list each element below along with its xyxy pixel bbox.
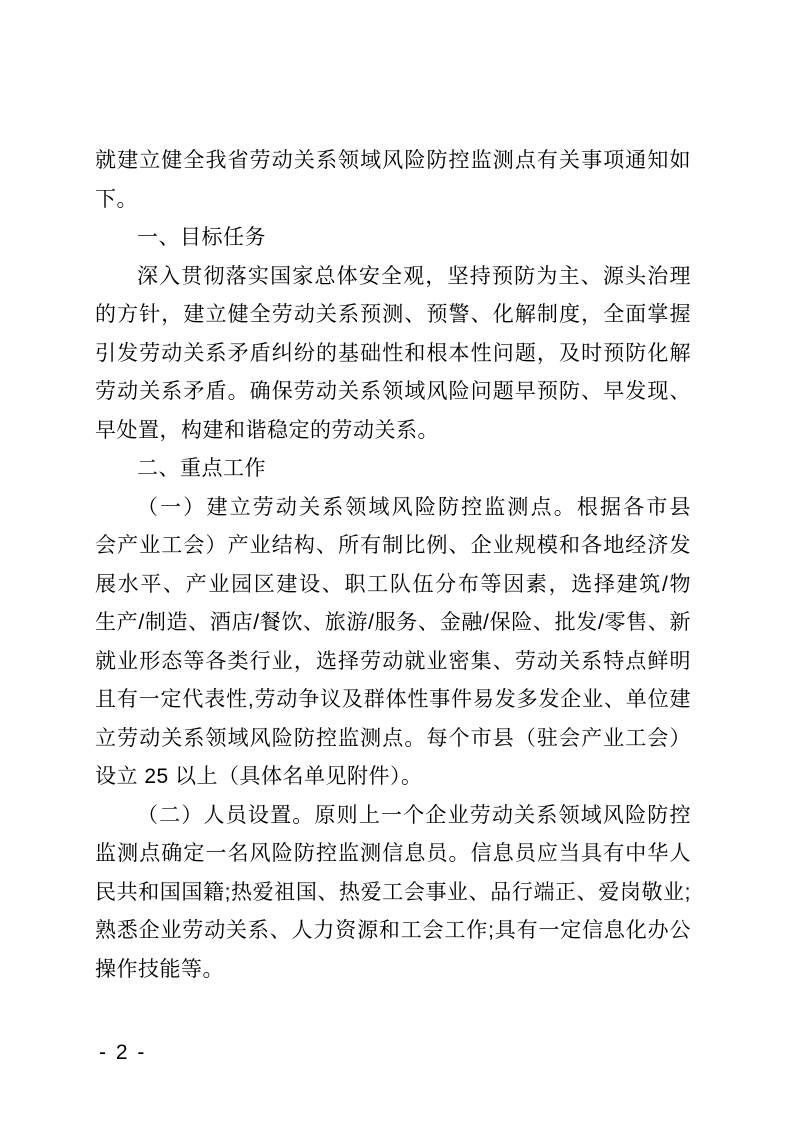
text-line: 熟悉企业劳动关系、人力资源和工会工作;具有一定信息化办公 bbox=[95, 912, 691, 951]
text-line: 且有一定代表性,劳动争议及群体性事件易发多发企业、单位建 bbox=[95, 681, 691, 720]
text-line: 的方针，建立健全劳动关系预测、预警、化解制度，全面掌握 bbox=[95, 296, 691, 335]
text-line: 监测点确定一名风险防控监测信息员。信息员应当具有中华人 bbox=[95, 835, 691, 874]
text-line: 劳动关系矛盾。确保劳动关系领域风险问题早预防、早发现、 bbox=[95, 373, 691, 412]
section-heading-line: 二、重点工作 bbox=[95, 450, 691, 489]
document-page: 就建立健全我省劳动关系领域风险防控监测点有关事项通知如下。一、目标任务深入贯彻落… bbox=[0, 0, 790, 1122]
text-line: 会产业工会）产业结构、所有制比例、企业规模和各地经济发 bbox=[95, 527, 691, 566]
text-line: 引发劳动关系矛盾纠纷的基础性和根本性问题，及时预防化解 bbox=[95, 335, 691, 374]
text-line: 立劳动关系领域风险防控监测点。每个市县（驻会产业工会） bbox=[95, 720, 691, 759]
section-heading-line: 一、目标任务 bbox=[95, 219, 691, 258]
text-line: 操作技能等。 bbox=[95, 951, 691, 990]
document-body: 就建立健全我省劳动关系领域风险防控监测点有关事项通知如下。一、目标任务深入贯彻落… bbox=[95, 142, 691, 989]
text-line: 生产/制造、酒店/餐饮、旅游/服务、金融/保险、批发/零售、新 bbox=[95, 604, 691, 643]
text-line: 民共和国国籍;热爱祖国、热爱工会事业、品行端正、爱岗敬业; bbox=[95, 874, 691, 913]
text-line: 设立 25 以上（具体名单见附件）。 bbox=[95, 758, 691, 797]
text-line: 就业形态等各类行业，选择劳动就业密集、劳动关系特点鲜明 bbox=[95, 643, 691, 682]
text-line: （一）建立劳动关系领域风险防控监测点。根据各市县（驻 bbox=[95, 489, 691, 528]
text-line: 早处置，构建和谐稳定的劳动关系。 bbox=[95, 412, 691, 451]
text-line: 深入贯彻落实国家总体安全观，坚持预防为主、源头治理 bbox=[95, 258, 691, 297]
text-line: 就建立健全我省劳动关系领域风险防控监测点有关事项通知如 bbox=[95, 142, 691, 181]
text-line: （二）人员设置。原则上一个企业劳动关系领域风险防控 bbox=[95, 797, 691, 836]
text-line: 下。 bbox=[95, 181, 691, 220]
page-number: - 2 - bbox=[99, 1040, 146, 1066]
text-line: 展水平、产业园区建设、职工队伍分布等因素，选择建筑/物业、 bbox=[95, 566, 691, 605]
